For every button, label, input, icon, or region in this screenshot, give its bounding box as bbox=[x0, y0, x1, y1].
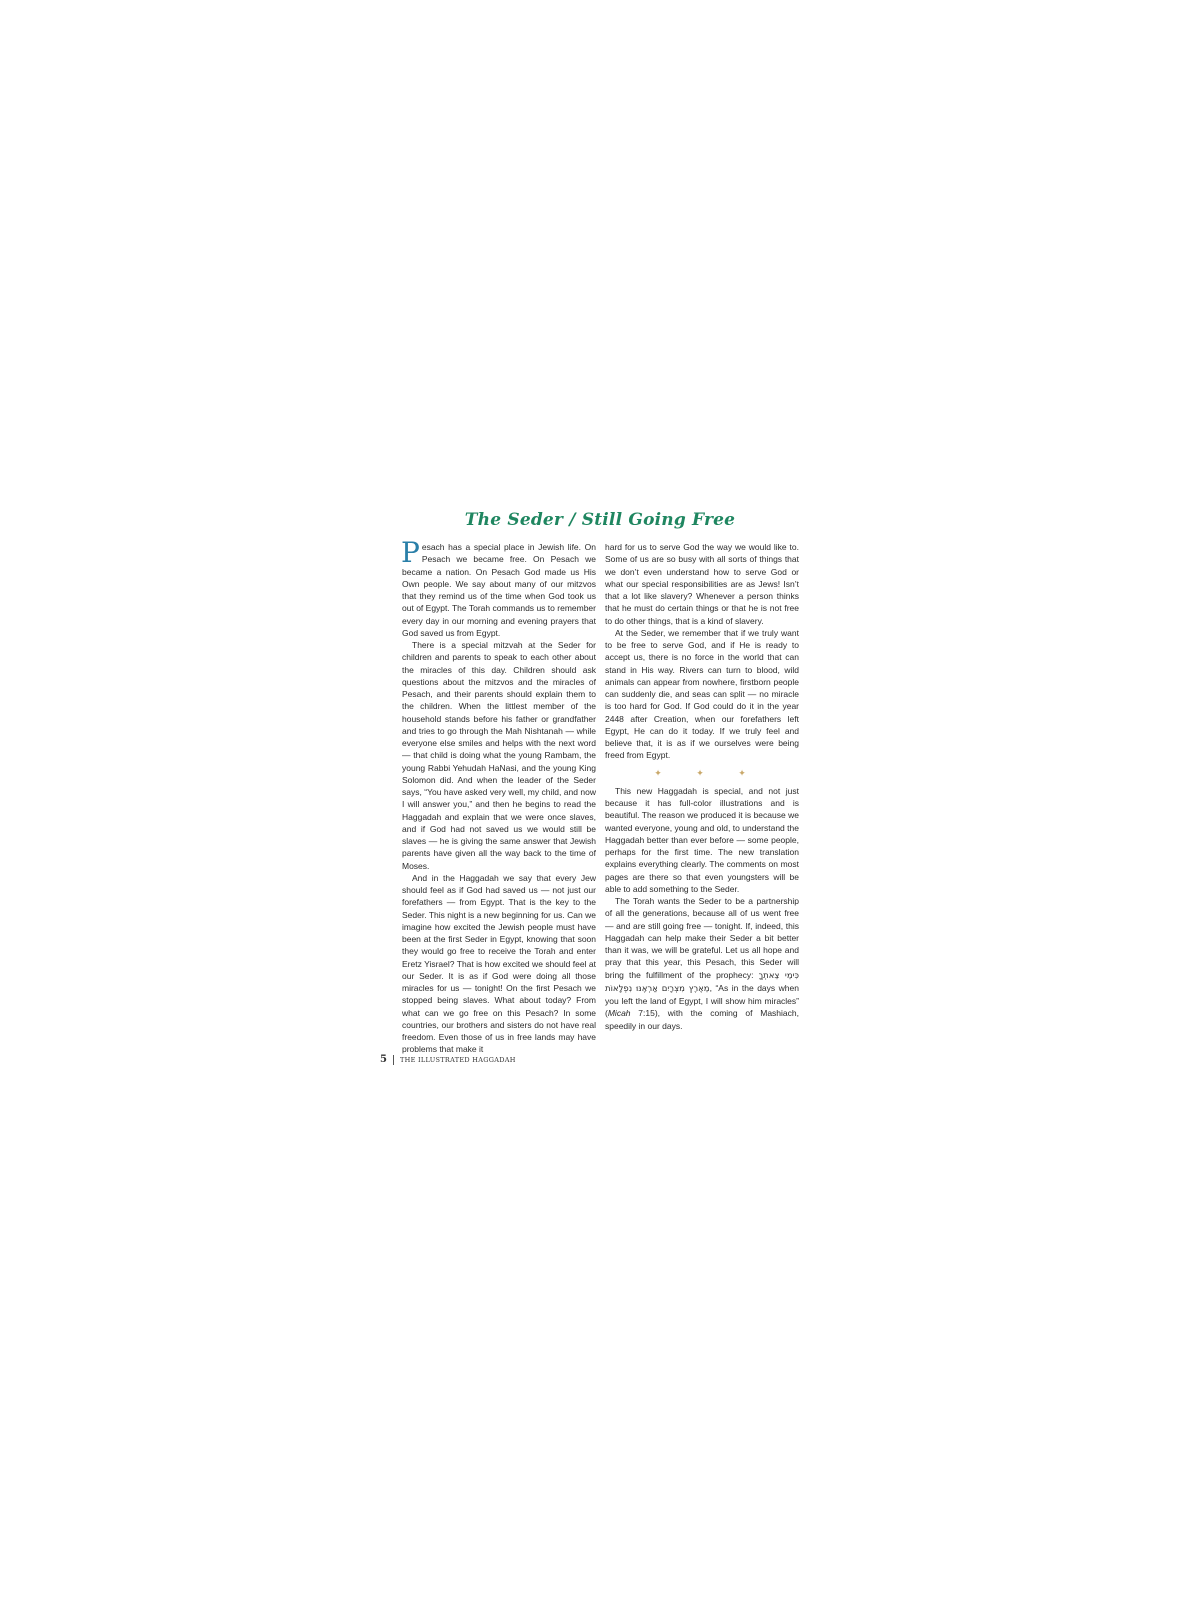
footer-divider bbox=[393, 1055, 394, 1065]
page-footer: 5 THE ILLUSTRATED HAGGADAH bbox=[380, 1054, 516, 1065]
diamond-ornament-icon: ✦ ✦ ✦ bbox=[654, 767, 762, 779]
page-title: The Seder / Still Going Free bbox=[390, 510, 810, 530]
right-text-column: hard for us to serve God the way we woul… bbox=[605, 541, 799, 1032]
left-text-column: Pesach has a special place in Jewish lif… bbox=[402, 541, 596, 1056]
page-number: 5 bbox=[380, 1054, 387, 1065]
paragraph: Pesach has a special place in Jewish lif… bbox=[402, 541, 596, 639]
paragraph: And in the Haggadah we say that every Je… bbox=[402, 872, 596, 1056]
paragraph: There is a special mitzvah at the Seder … bbox=[402, 639, 596, 872]
book-title: THE ILLUSTRATED HAGGADAH bbox=[400, 1056, 516, 1064]
drop-cap: P bbox=[401, 542, 420, 564]
paragraph: hard for us to serve God the way we woul… bbox=[605, 541, 799, 627]
paragraph: The Torah wants the Seder to be a partne… bbox=[605, 895, 799, 1032]
citation-book: Micah bbox=[608, 1008, 631, 1018]
book-page: The Seder / Still Going Free Pesach has … bbox=[0, 0, 1200, 1600]
section-divider-ornament: ✦ ✦ ✦ bbox=[617, 767, 799, 779]
paragraph: At the Seder, we remember that if we tru… bbox=[605, 627, 799, 762]
paragraph: This new Haggadah is special, and not ju… bbox=[605, 785, 799, 895]
